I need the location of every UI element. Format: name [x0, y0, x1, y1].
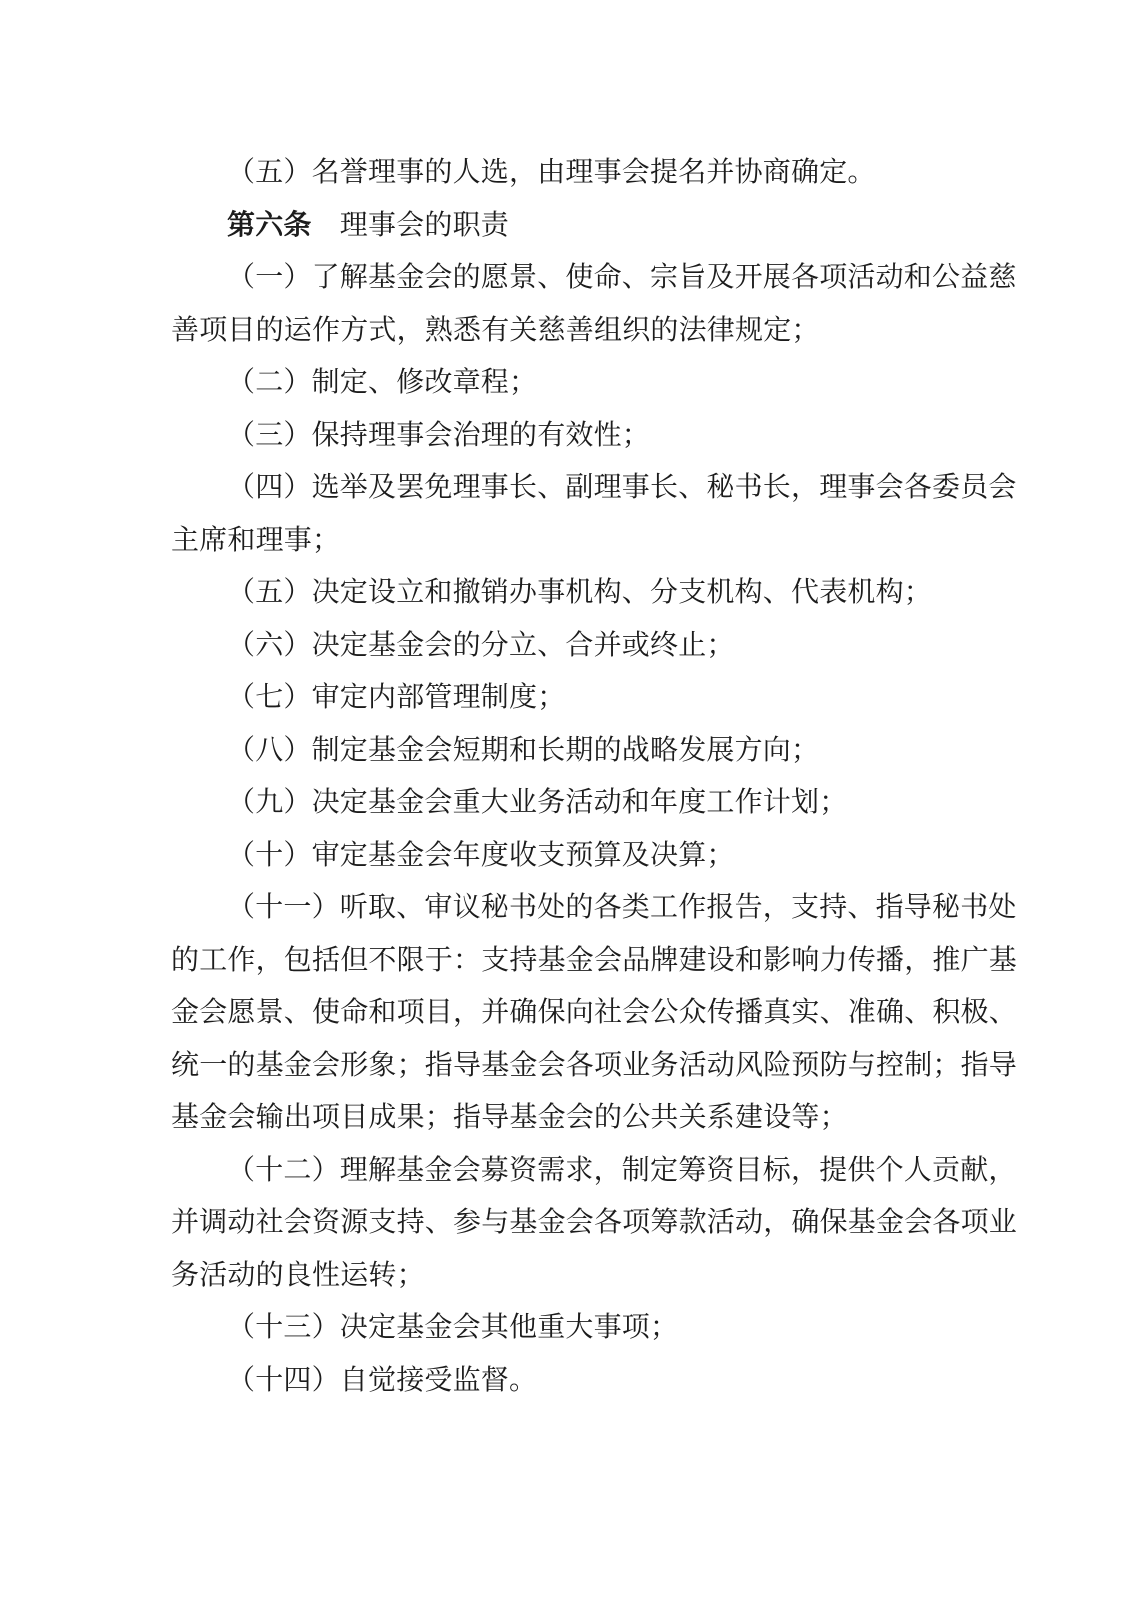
- text-line: （五）名誉理事的人选，由理事会提名并协商确定。: [171, 147, 971, 200]
- text-line: 第六条 理事会的职责: [171, 200, 971, 253]
- text-line-content: （九）决定基金会重大业务活动和年度工作计划；: [227, 787, 847, 818]
- text-line: （一）了解基金会的愿景、使命、宗旨及开展各项活动和公益慈: [171, 252, 971, 305]
- text-line-content: （二）制定、修改章程；: [227, 367, 537, 398]
- text-line: （三）保持理事会治理的有效性；: [171, 410, 971, 463]
- text-line: （十一）听取、审议秘书处的各类工作报告，支持、指导秘书处: [171, 882, 971, 935]
- text-line: （四）选举及罢免理事长、副理事长、秘书长，理事会各委员会: [171, 462, 971, 515]
- text-line: （七）审定内部管理制度；: [171, 672, 971, 725]
- text-line: （六）决定基金会的分立、合并或终止；: [171, 620, 971, 673]
- text-line: 务活动的良性运转；: [171, 1250, 971, 1303]
- text-line-content: （六）决定基金会的分立、合并或终止；: [227, 630, 735, 661]
- text-line-content: （十四）自觉接受监督。: [227, 1365, 537, 1396]
- text-line-content: （三）保持理事会治理的有效性；: [227, 420, 650, 451]
- text-line: 统一的基金会形象；指导基金会各项业务活动风险预防与控制；指导: [171, 1040, 971, 1093]
- text-line-content: （五）决定设立和撤销办事机构、分支机构、代表机构；: [227, 577, 932, 608]
- text-line: （二）制定、修改章程；: [171, 357, 971, 410]
- text-line: （十）审定基金会年度收支预算及决算；: [171, 830, 971, 883]
- text-line: 善项目的运作方式，熟悉有关慈善组织的法律规定；: [171, 305, 971, 358]
- text-line: 的工作，包括但不限于：支持基金会品牌建设和影响力传播，推广基: [171, 935, 971, 988]
- text-line-content: 理事会的职责: [312, 210, 509, 241]
- text-line-content: （八）制定基金会短期和长期的战略发展方向；: [227, 735, 819, 766]
- text-line: （十三）决定基金会其他重大事项；: [171, 1302, 971, 1355]
- text-line: （十四）自觉接受监督。: [171, 1355, 971, 1408]
- text-line-content: （十二）理解基金会募资需求，制定筹资目标，提供个人贡献，: [227, 1155, 1017, 1186]
- text-line: 基金会输出项目成果；指导基金会的公共关系建设等；: [171, 1092, 971, 1145]
- text-line: （九）决定基金会重大业务活动和年度工作计划；: [171, 777, 971, 830]
- text-line-content: 主席和理事；: [171, 525, 340, 556]
- text-line: 金会愿景、使命和项目，并确保向社会公众传播真实、准确、积极、: [171, 987, 971, 1040]
- text-line: （五）决定设立和撤销办事机构、分支机构、代表机构；: [171, 567, 971, 620]
- document-text-block: （五）名誉理事的人选，由理事会提名并协商确定。第六条 理事会的职责（一）了解基金…: [171, 147, 971, 1407]
- article-number-bold: 第六条: [227, 210, 312, 241]
- text-line-content: 基金会输出项目成果；指导基金会的公共关系建设等；: [171, 1102, 848, 1133]
- text-line-content: 务活动的良性运转；: [171, 1260, 425, 1291]
- text-line-content: （十三）决定基金会其他重大事项；: [227, 1312, 678, 1343]
- text-line: 主席和理事；: [171, 515, 971, 568]
- text-line-content: （七）审定内部管理制度；: [227, 682, 565, 713]
- text-line-content: （十）审定基金会年度收支预算及决算；: [227, 840, 735, 871]
- text-line-content: 善项目的运作方式，熟悉有关慈善组织的法律规定；: [171, 315, 820, 346]
- text-line-content: （十一）听取、审议秘书处的各类工作报告，支持、指导秘书处: [227, 892, 1017, 923]
- text-line-content: 的工作，包括但不限于：支持基金会品牌建设和影响力传播，推广基: [171, 945, 1017, 976]
- document-page: （五）名誉理事的人选，由理事会提名并协商确定。第六条 理事会的职责（一）了解基金…: [0, 0, 1131, 1600]
- text-line: 并调动社会资源支持、参与基金会各项筹款活动，确保基金会各项业: [171, 1197, 971, 1250]
- text-line-content: （五）名誉理事的人选，由理事会提名并协商确定。: [227, 157, 876, 188]
- text-line: （十二）理解基金会募资需求，制定筹资目标，提供个人贡献，: [171, 1145, 971, 1198]
- text-line: （八）制定基金会短期和长期的战略发展方向；: [171, 725, 971, 778]
- text-line-content: （一）了解基金会的愿景、使命、宗旨及开展各项活动和公益慈: [227, 262, 1017, 293]
- text-line-content: 统一的基金会形象；指导基金会各项业务活动风险预防与控制；指导: [171, 1050, 1017, 1081]
- text-line-content: 金会愿景、使命和项目，并确保向社会公众传播真实、准确、积极、: [171, 997, 1017, 1028]
- text-line-content: （四）选举及罢免理事长、副理事长、秘书长，理事会各委员会: [227, 472, 1017, 503]
- text-line-content: 并调动社会资源支持、参与基金会各项筹款活动，确保基金会各项业: [171, 1207, 1017, 1238]
